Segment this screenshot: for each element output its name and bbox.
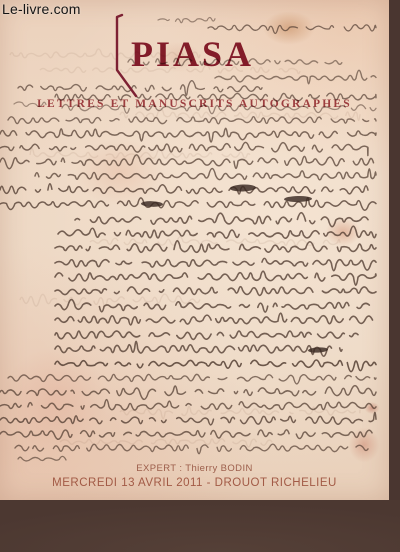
publisher-logo-text: PIASA bbox=[131, 36, 254, 72]
piasa-logo-bracket bbox=[0, 0, 389, 500]
cover-dark-band-bottom bbox=[0, 500, 400, 552]
site-watermark: Le-livre.com bbox=[2, 1, 81, 17]
manuscript-paper: PIASA LETTRES ET MANUSCRITS AUTOGRAPHES … bbox=[0, 0, 389, 500]
catalog-title: LETTRES ET MANUSCRITS AUTOGRAPHES bbox=[0, 98, 389, 110]
catalog-cover-scan: PIASA LETTRES ET MANUSCRITS AUTOGRAPHES … bbox=[0, 0, 400, 552]
expert-credit: EXPERT : Thierry BODIN bbox=[0, 463, 389, 474]
cover-dark-edge-right bbox=[389, 0, 400, 552]
auction-date-venue: MERCREDI 13 AVRIL 2011 - DROUOT RICHELIE… bbox=[0, 477, 389, 489]
